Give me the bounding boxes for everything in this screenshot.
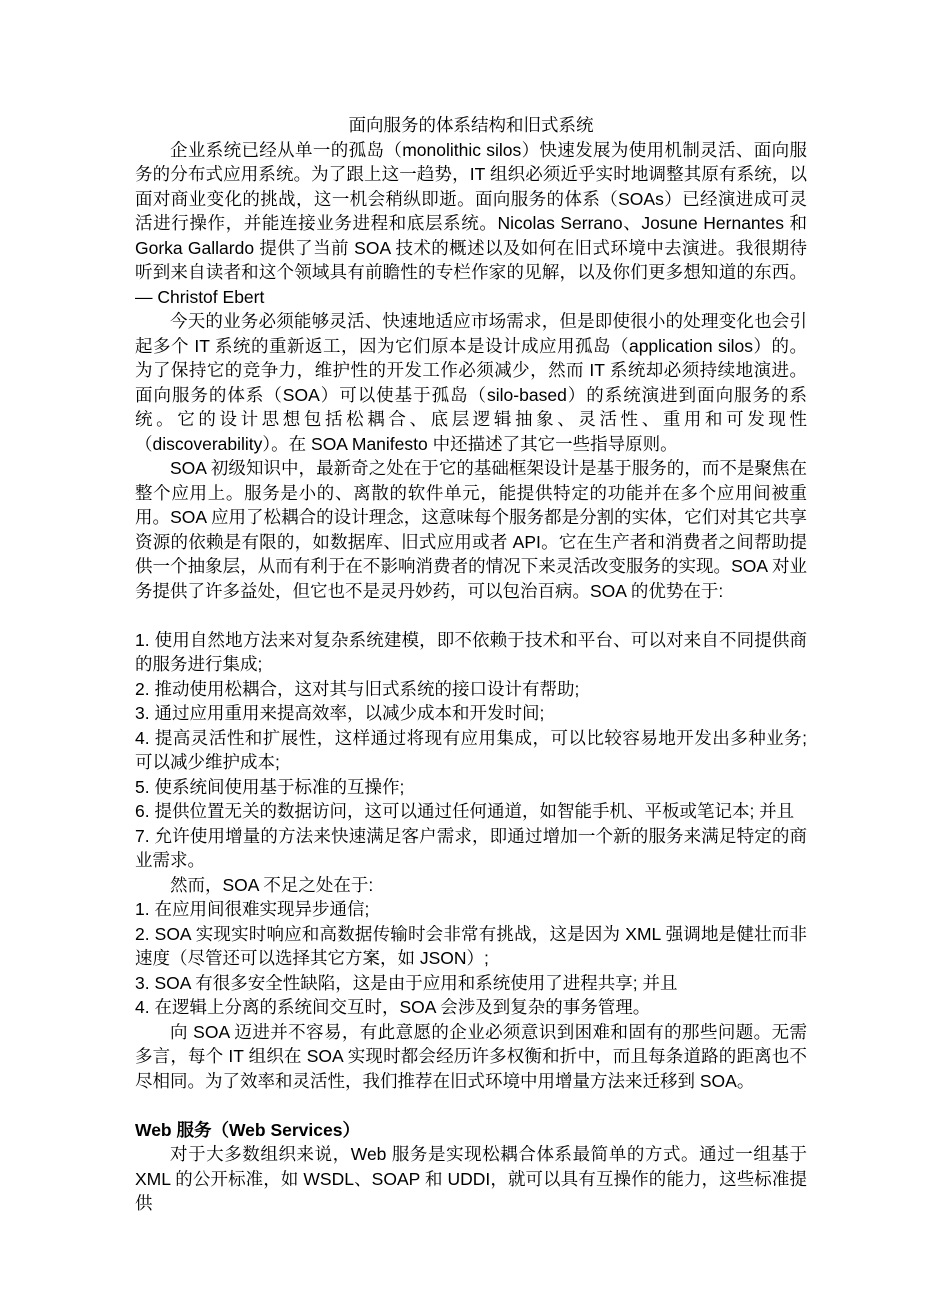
advantage-item-5: 5. 使系统间使用基于标准的互操作; [135, 775, 807, 800]
document-page: 面向服务的体系结构和旧式系统企业系统已经从单一的孤岛（monolithic si… [0, 0, 925, 1309]
blank-line [135, 603, 807, 628]
disadvantage-item-1: 1. 在应用间很难实现异步通信; [135, 897, 807, 922]
disadvantage-item-3: 3. SOA 有很多安全性缺陷，这是由于应用和系统使用了进程共享; 并且 [135, 971, 807, 996]
disadvantage-item-2: 2. SOA 实现实时响应和高数据传输时会非常有挑战，这是因为 XML 强调地是… [135, 922, 807, 971]
document-content: 面向服务的体系结构和旧式系统企业系统已经从单一的孤岛（monolithic si… [135, 113, 807, 1216]
blank-line [135, 1093, 807, 1118]
advantage-item-1: 1. 使用自然地方法来对复杂系统建模，即不依赖于技术和平台、可以对来自不同提供商… [135, 628, 807, 677]
disadvantage-item-4: 4. 在逻辑上分离的系统间交互时，SOA 会涉及到复杂的事务管理。 [135, 995, 807, 1020]
advantage-item-4: 4. 提高灵活性和扩展性，这样通过将现有应用集成，可以比较容易地开发出多种业务;… [135, 726, 807, 775]
advantage-item-2: 2. 推动使用松耦合，这对其与旧式系统的接口设计有帮助; [135, 677, 807, 702]
however-paragraph: 然而，SOA 不足之处在于: [135, 873, 807, 898]
migration-paragraph: 向 SOA 迈进并不容易，有此意愿的企业必须意识到困难和固有的那些问题。无需多言… [135, 1020, 807, 1094]
advantage-item-7: 7. 允许使用增量的方法来快速满足客户需求，即通过增加一个新的服务来满足特定的商… [135, 824, 807, 873]
advantage-item-3: 3. 通过应用重用来提高效率，以减少成本和开发时间; [135, 701, 807, 726]
document-title: 面向服务的体系结构和旧式系统 [135, 113, 807, 138]
advantage-item-6: 6. 提供位置无关的数据访问，这可以通过任何通道，如智能手机、平板或笔记本; 并… [135, 799, 807, 824]
soa-basics-paragraph: SOA 初级知识中，最新奇之处在于它的基础框架设计是基于服务的，而不是聚焦在整个… [135, 456, 807, 603]
web-services-paragraph: 对于大多数组织来说，Web 服务是实现松耦合体系最简单的方式。通过一组基于 XM… [135, 1142, 807, 1216]
business-agility-paragraph: 今天的业务必须能够灵活、快速地适应市场需求，但是即使很小的处理变化也会引起多个 … [135, 309, 807, 456]
section-heading-web-services: Web 服务（Web Services） [135, 1118, 807, 1143]
intro-paragraph: 企业系统已经从单一的孤岛（monolithic silos）快速发展为使用机制灵… [135, 138, 807, 310]
